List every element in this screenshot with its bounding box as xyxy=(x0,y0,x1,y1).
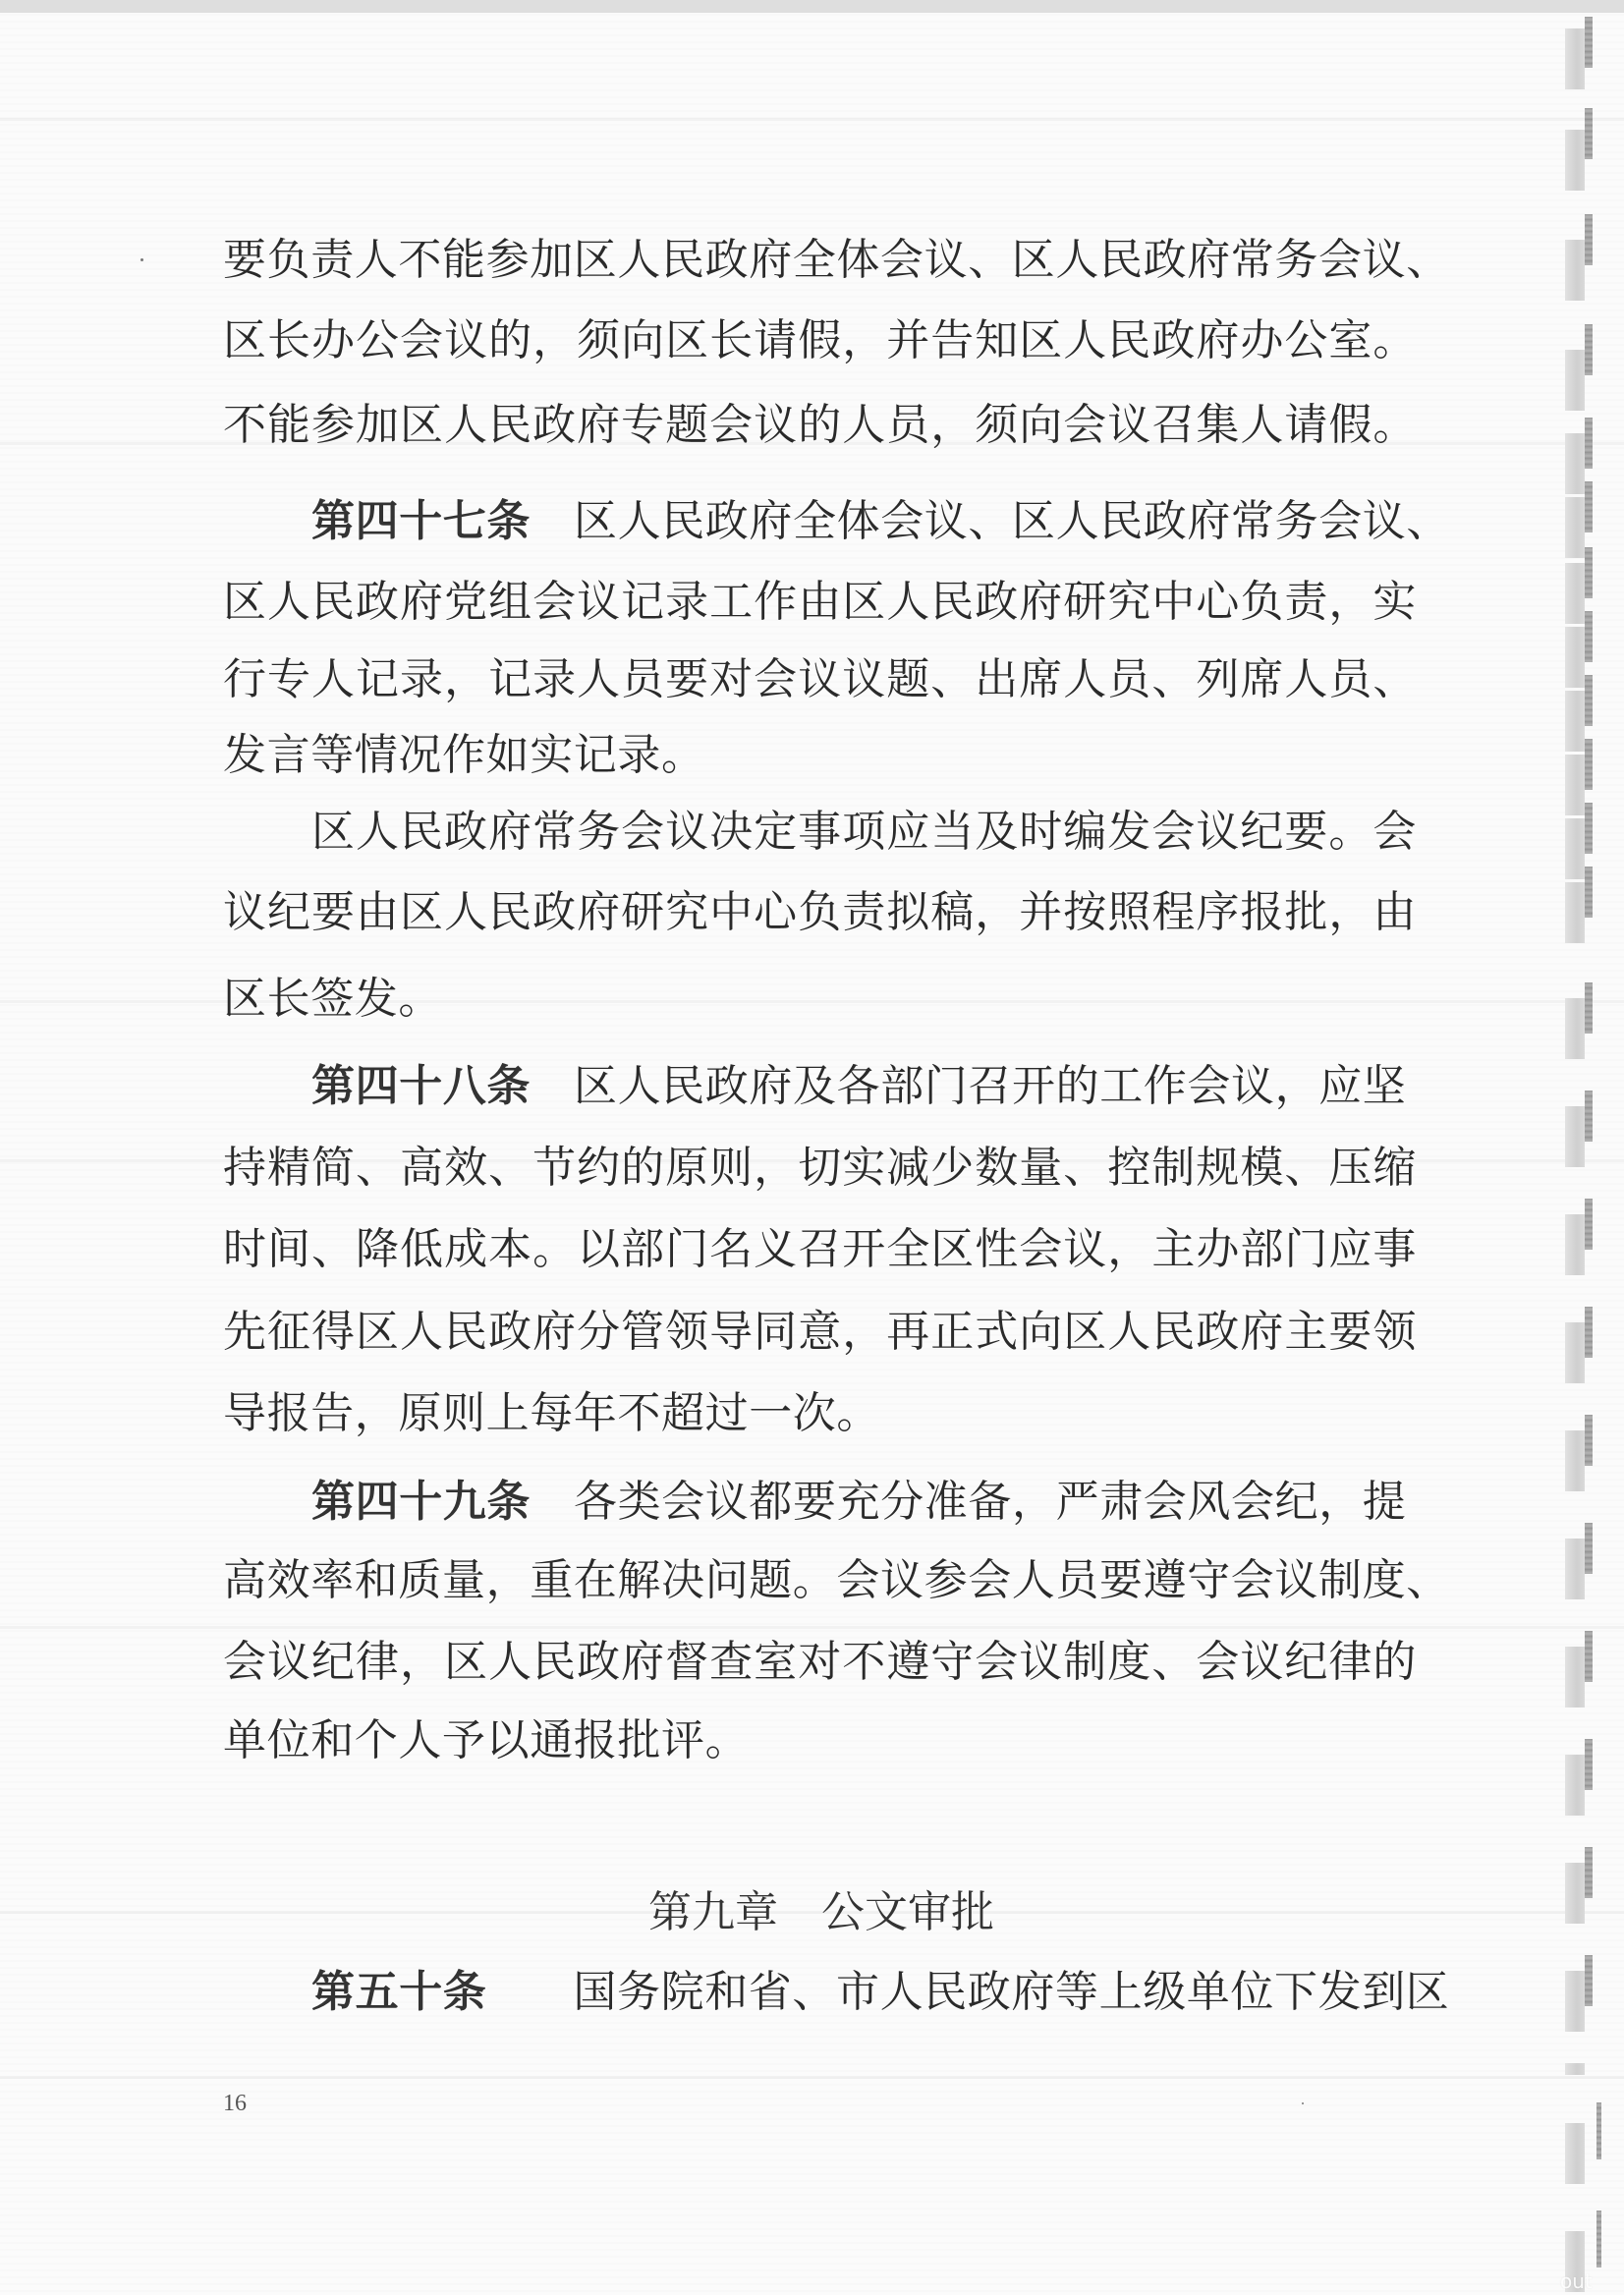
article-label: 第四十九条 xyxy=(311,1477,531,1527)
binding-mark xyxy=(1565,1739,1596,1813)
article-48-first-line: 第四十八条区人民政府及各部门召开的工作会议，应坚 xyxy=(311,1065,1417,1112)
scan-streak xyxy=(0,2076,1624,2079)
text-line: 会议纪律，区人民政府督查室对不遵守会议制度、会议纪律的 xyxy=(223,1641,1417,1688)
text-span: 国务院和省、市人民政府等上级单位下发到区 xyxy=(573,1967,1449,2017)
text-line: 高效率和质量，重在解决问题。会议参会人员要遵守会议制度、 xyxy=(223,1559,1417,1606)
scan-streak xyxy=(0,1626,1624,1629)
binding-mark xyxy=(1565,803,1596,876)
binding-mark xyxy=(1565,481,1596,555)
binding-mark xyxy=(1565,1199,1596,1272)
scan-speck xyxy=(140,258,143,261)
text-span: 区人民政府全体会议、区人民政府常务会议、 xyxy=(574,496,1450,546)
binding-mark xyxy=(1565,1523,1596,1596)
page-number: 16 xyxy=(223,2091,247,2117)
binding-mark xyxy=(1565,1091,1596,1164)
text-line: 区人民政府党组会议记录工作由区人民政府研究中心负责，实 xyxy=(223,581,1417,628)
binding-mark xyxy=(1565,675,1596,749)
scan-speck xyxy=(1302,2102,1304,2104)
binding-mark xyxy=(1565,982,1596,1056)
binding-mark xyxy=(1565,17,1596,90)
binding-mark xyxy=(1565,1847,1596,1921)
text-line: 发言等情况作如实记录。 xyxy=(223,734,1417,781)
article-label: 第五十条 xyxy=(311,1967,486,2017)
watermark: out xyxy=(1560,2269,1593,2293)
binding-mark xyxy=(1565,108,1596,182)
article-label: 第四十八条 xyxy=(311,1061,531,1111)
binding-mark xyxy=(1565,1415,1596,1488)
binding-mark xyxy=(1565,867,1596,940)
text-line: 时间、降低成本。以部门名义召开全区性会议，主办部门应事 xyxy=(223,1228,1417,1275)
article-label: 第四十七条 xyxy=(311,496,531,546)
text-line: 不能参加区人民政府专题会议的人员，须向会议召集人请假。 xyxy=(223,404,1417,451)
binding-mark xyxy=(1565,2102,1596,2176)
article-50-first-line: 第五十条国务院和省、市人民政府等上级单位下发到区 xyxy=(311,1971,1417,2018)
binding-mark xyxy=(1565,214,1596,288)
binding-mark xyxy=(1565,611,1596,685)
text-line: 区长办公会议的，须向区长请假，并告知区人民政府办公室。 xyxy=(223,319,1417,366)
text-line: 区长签发。 xyxy=(223,978,1417,1025)
binding-mark xyxy=(1565,1955,1596,2029)
binding-mark xyxy=(1565,739,1596,812)
article-47-first-line: 第四十七条区人民政府全体会议、区人民政府常务会议、 xyxy=(311,500,1417,547)
binding-mark xyxy=(1565,1631,1596,1705)
binding-mark xyxy=(1565,418,1596,491)
text-line: 持精简、高效、节约的原则，切实减少数量、控制规模、压缩 xyxy=(223,1147,1417,1194)
text-line: 区人民政府常务会议决定事项应当及时编发会议纪要。会 xyxy=(311,811,1417,858)
text-line: 单位和个人予以通报批评。 xyxy=(223,1719,1417,1766)
text-line: 先征得区人民政府分管领导同意，再正式向区人民政府主要领 xyxy=(223,1311,1417,1358)
scan-streak xyxy=(0,118,1624,121)
text-line: 行专人记录，记录人员要对会议议题、出席人员、列席人员、 xyxy=(223,658,1417,705)
binding-mark xyxy=(1565,547,1596,621)
text-line: 议纪要由区人民政府研究中心负责拟稿，并按照程序报批，由 xyxy=(223,891,1417,938)
binding-mark xyxy=(1565,1307,1596,1380)
text-line: 要负责人不能参加区人民政府全体会议、区人民政府常务会议、 xyxy=(223,239,1417,286)
text-span: 区人民政府及各部门召开的工作会议，应坚 xyxy=(574,1061,1406,1111)
binding-mark xyxy=(1565,324,1596,398)
scan-top-edge xyxy=(0,0,1624,13)
chapter-heading: 第九章 公文审批 xyxy=(648,1890,992,1935)
article-49-first-line: 第四十九条各类会议都要充分准备，严肃会风会纪，提 xyxy=(311,1481,1417,1528)
text-span: 各类会议都要充分准备，严肃会风会纪，提 xyxy=(574,1477,1406,1527)
text-line: 导报告，原则上每年不超过一次。 xyxy=(223,1392,1417,1439)
